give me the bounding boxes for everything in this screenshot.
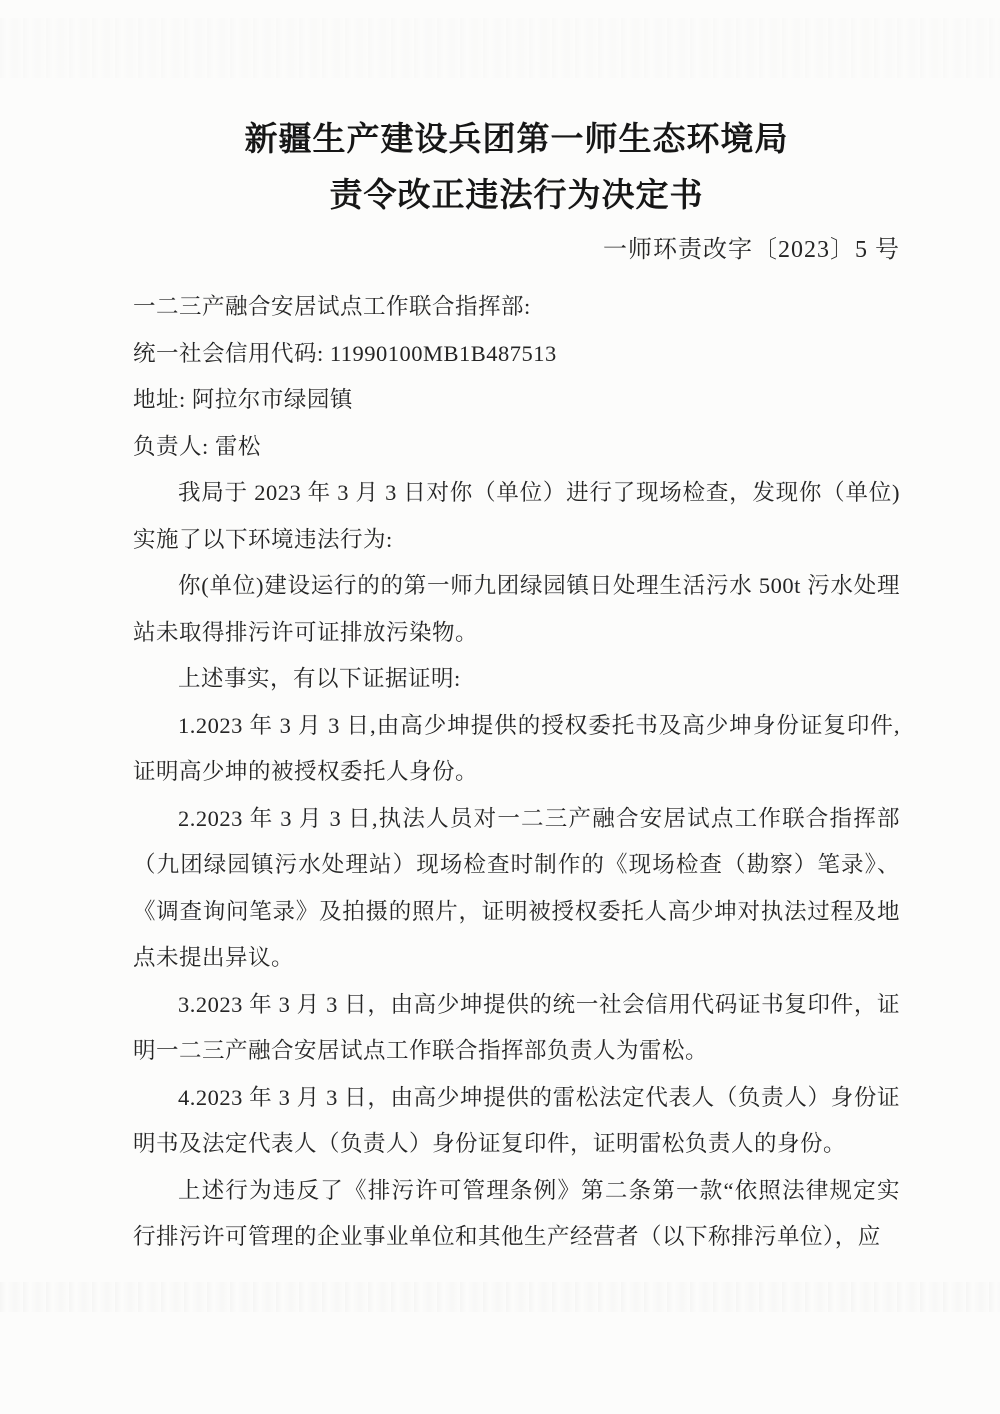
- body-paragraph-evidence-1: 1.2023 年 3 月 3 日,由高少坤提供的授权委托书及高少坤身份证复印件,…: [133, 703, 900, 796]
- body-paragraph-evidence-4: 4.2023 年 3 月 3 日，由高少坤提供的雷松法定代表人（负责人）身份证明…: [133, 1075, 900, 1168]
- document-page: 新疆生产建设兵团第一师生态环境局 责令改正违法行为决定书 一师环责改字〔2023…: [0, 0, 1000, 1414]
- body-paragraph-legal-basis: 上述行为违反了《排污许可管理条例》第二条第一款“依照法律规定实行排污许可管理的企…: [133, 1168, 900, 1261]
- recipient-name-line: 一二三产融合安居试点工作联合指挥部:: [133, 284, 900, 331]
- body-paragraph-evidence-3: 3.2023 年 3 月 3 日，由高少坤提供的统一社会信用代码证书复印件，证明…: [133, 982, 900, 1075]
- body-paragraph-evidence-intro: 上述事实，有以下证据证明:: [133, 656, 900, 703]
- document-title-line2: 责令改正违法行为决定书: [133, 168, 900, 224]
- body-paragraph-violation: 你(单位)建设运行的的第一师九团绿园镇日处理生活污水 500t 污水处理站未取得…: [133, 563, 900, 656]
- address-line: 地址: 阿拉尔市绿园镇: [133, 377, 900, 424]
- scan-noise-band-bottom: [0, 1282, 1000, 1312]
- credit-code-line: 统一社会信用代码: 11990100MB1B487513: [133, 331, 900, 378]
- document-number: 一师环责改字〔2023〕5 号: [133, 224, 900, 276]
- document-body: 一二三产融合安居试点工作联合指挥部: 统一社会信用代码: 11990100MB1…: [133, 284, 900, 1261]
- scan-noise-band-top: [0, 18, 1000, 78]
- responsible-person-line: 负责人: 雷松: [133, 424, 900, 471]
- body-paragraph-inspection: 我局于 2023 年 3 月 3 日对你（单位）进行了现场检查，发现你（单位)实…: [133, 470, 900, 563]
- body-paragraph-evidence-2: 2.2023 年 3 月 3 日,执法人员对一二三产融合安居试点工作联合指挥部（…: [133, 796, 900, 982]
- document-title-line1: 新疆生产建设兵团第一师生态环境局: [133, 112, 900, 168]
